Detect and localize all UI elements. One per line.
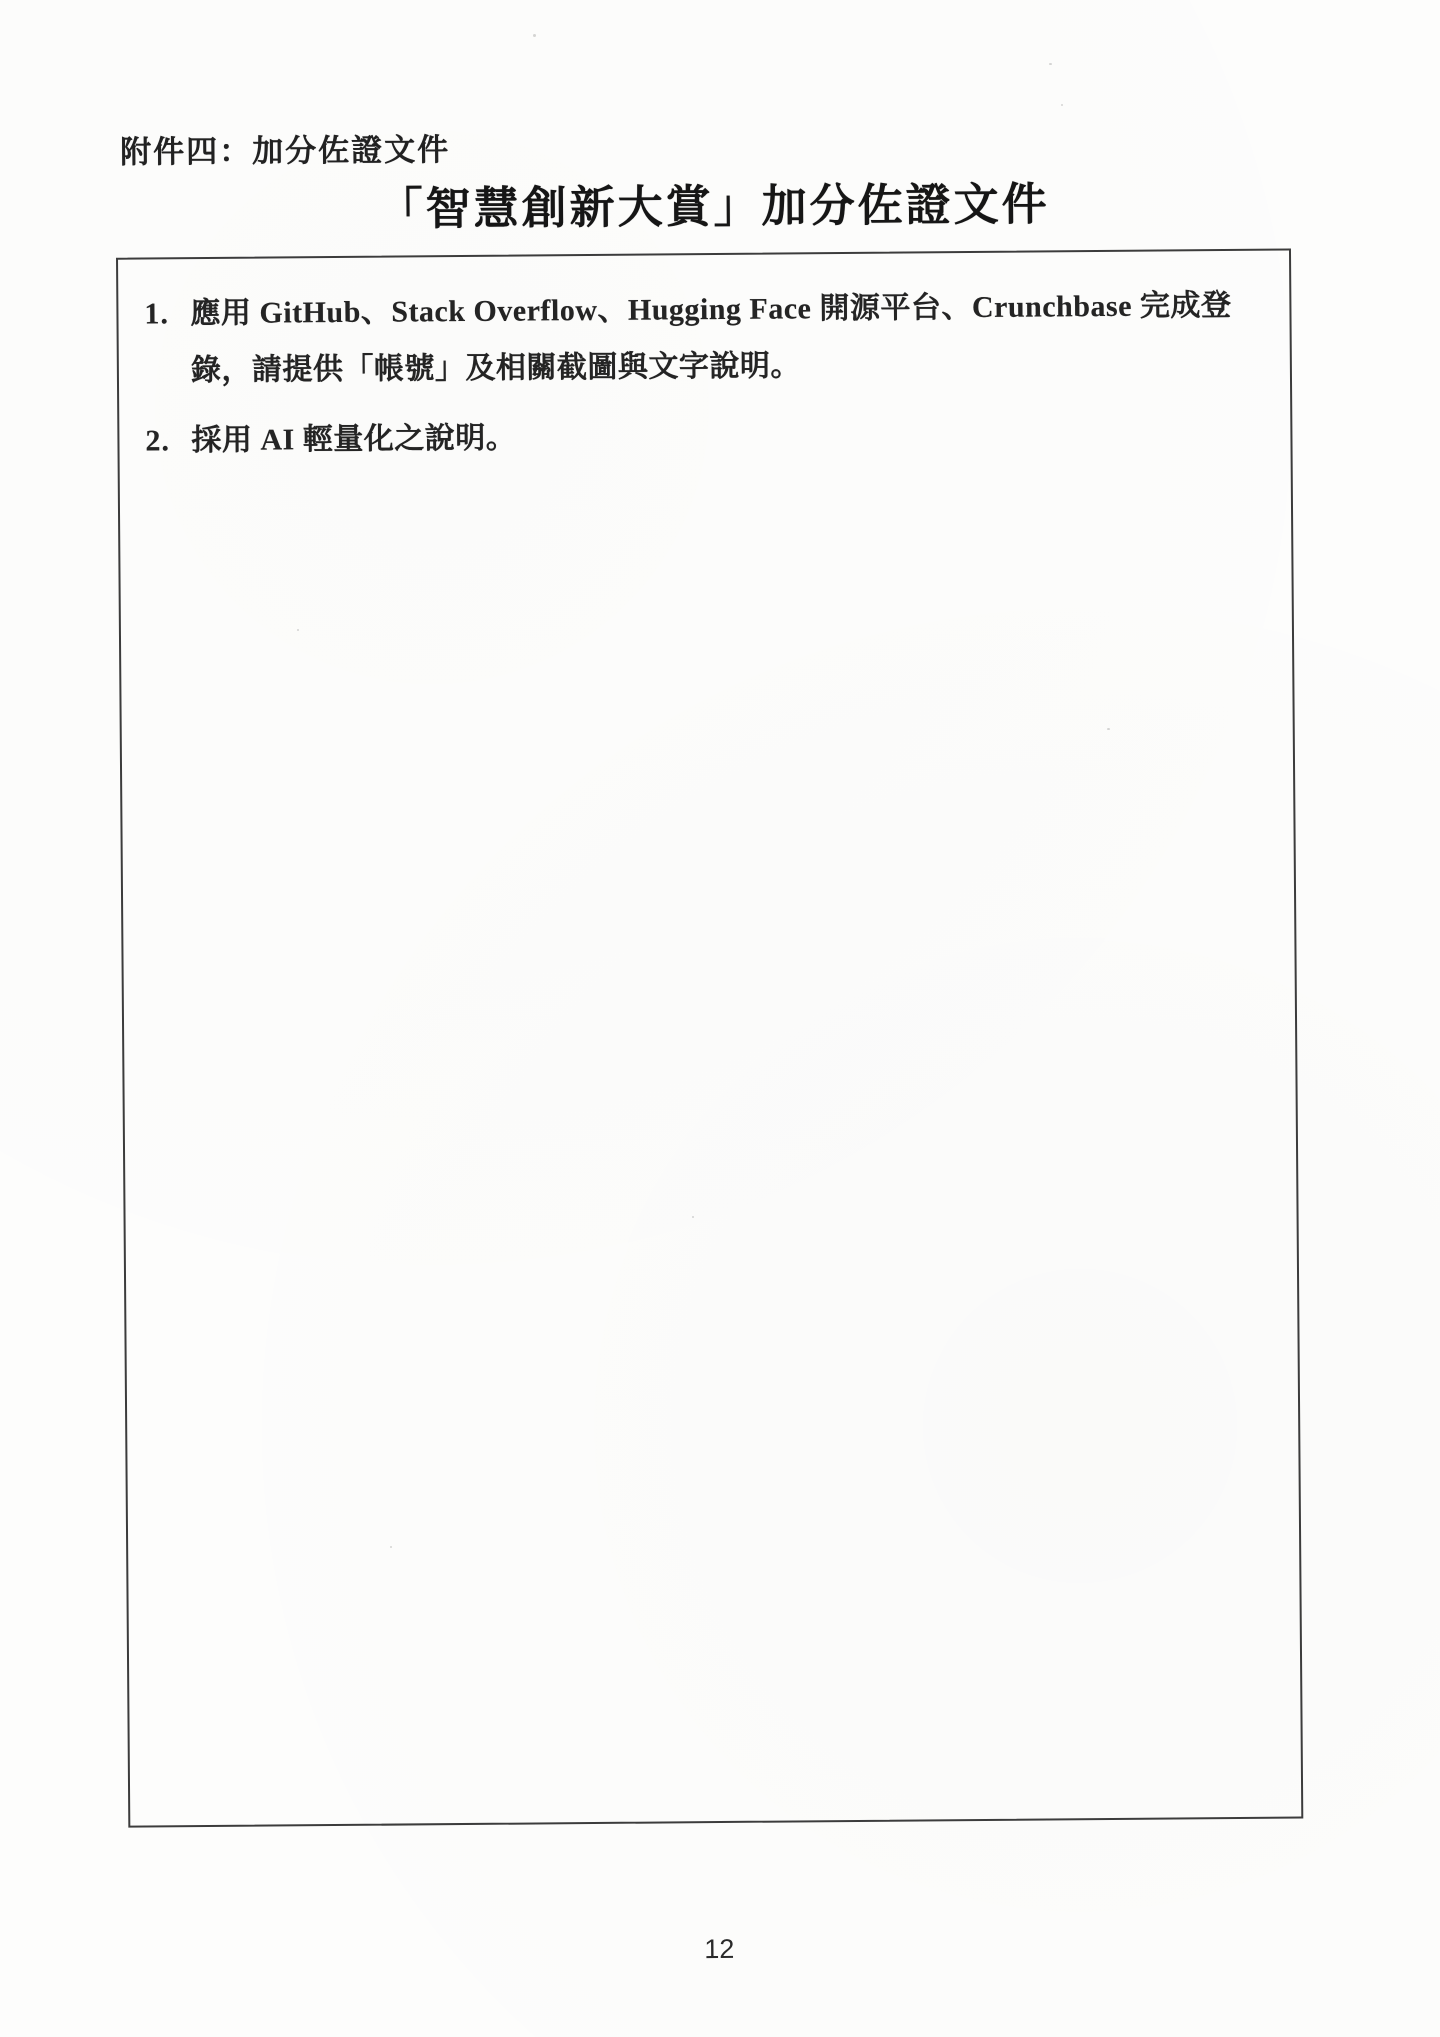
item-text: 採用 AI 輕量化之說明。	[191, 404, 1264, 469]
list-item: 1. 應用 GitHub、Stack Overflow、Hugging Face…	[144, 277, 1264, 400]
content-box: 1. 應用 GitHub、Stack Overflow、Hugging Face…	[116, 248, 1303, 1827]
scan-speckle	[1107, 728, 1110, 730]
attachment-label: 附件四：加分佐證文件	[120, 124, 450, 172]
document-page: 附件四：加分佐證文件 「智慧創新大賞」加分佐證文件 1. 應用 GitHub、S…	[0, 0, 1440, 2037]
page-number: 12	[7, 1928, 1431, 1970]
scan-speckle	[297, 629, 299, 631]
scan-speckle	[692, 1216, 694, 1218]
item-text: 應用 GitHub、Stack Overflow、Hugging Face 開源…	[190, 277, 1264, 399]
scan-speckle	[533, 34, 536, 37]
list-item: 2. 採用 AI 輕量化之說明。	[145, 404, 1264, 470]
item-number: 1.	[144, 285, 190, 342]
scan-speckle	[1049, 63, 1052, 65]
scan-speckle	[390, 1546, 392, 1548]
scan-speckle	[1061, 104, 1063, 106]
item-number: 2.	[145, 412, 191, 469]
scanned-content: 附件四：加分佐證文件 「智慧創新大賞」加分佐證文件 1. 應用 GitHub、S…	[0, 0, 1440, 2037]
page-title: 「智慧創新大賞」加分佐證文件	[0, 164, 1434, 240]
